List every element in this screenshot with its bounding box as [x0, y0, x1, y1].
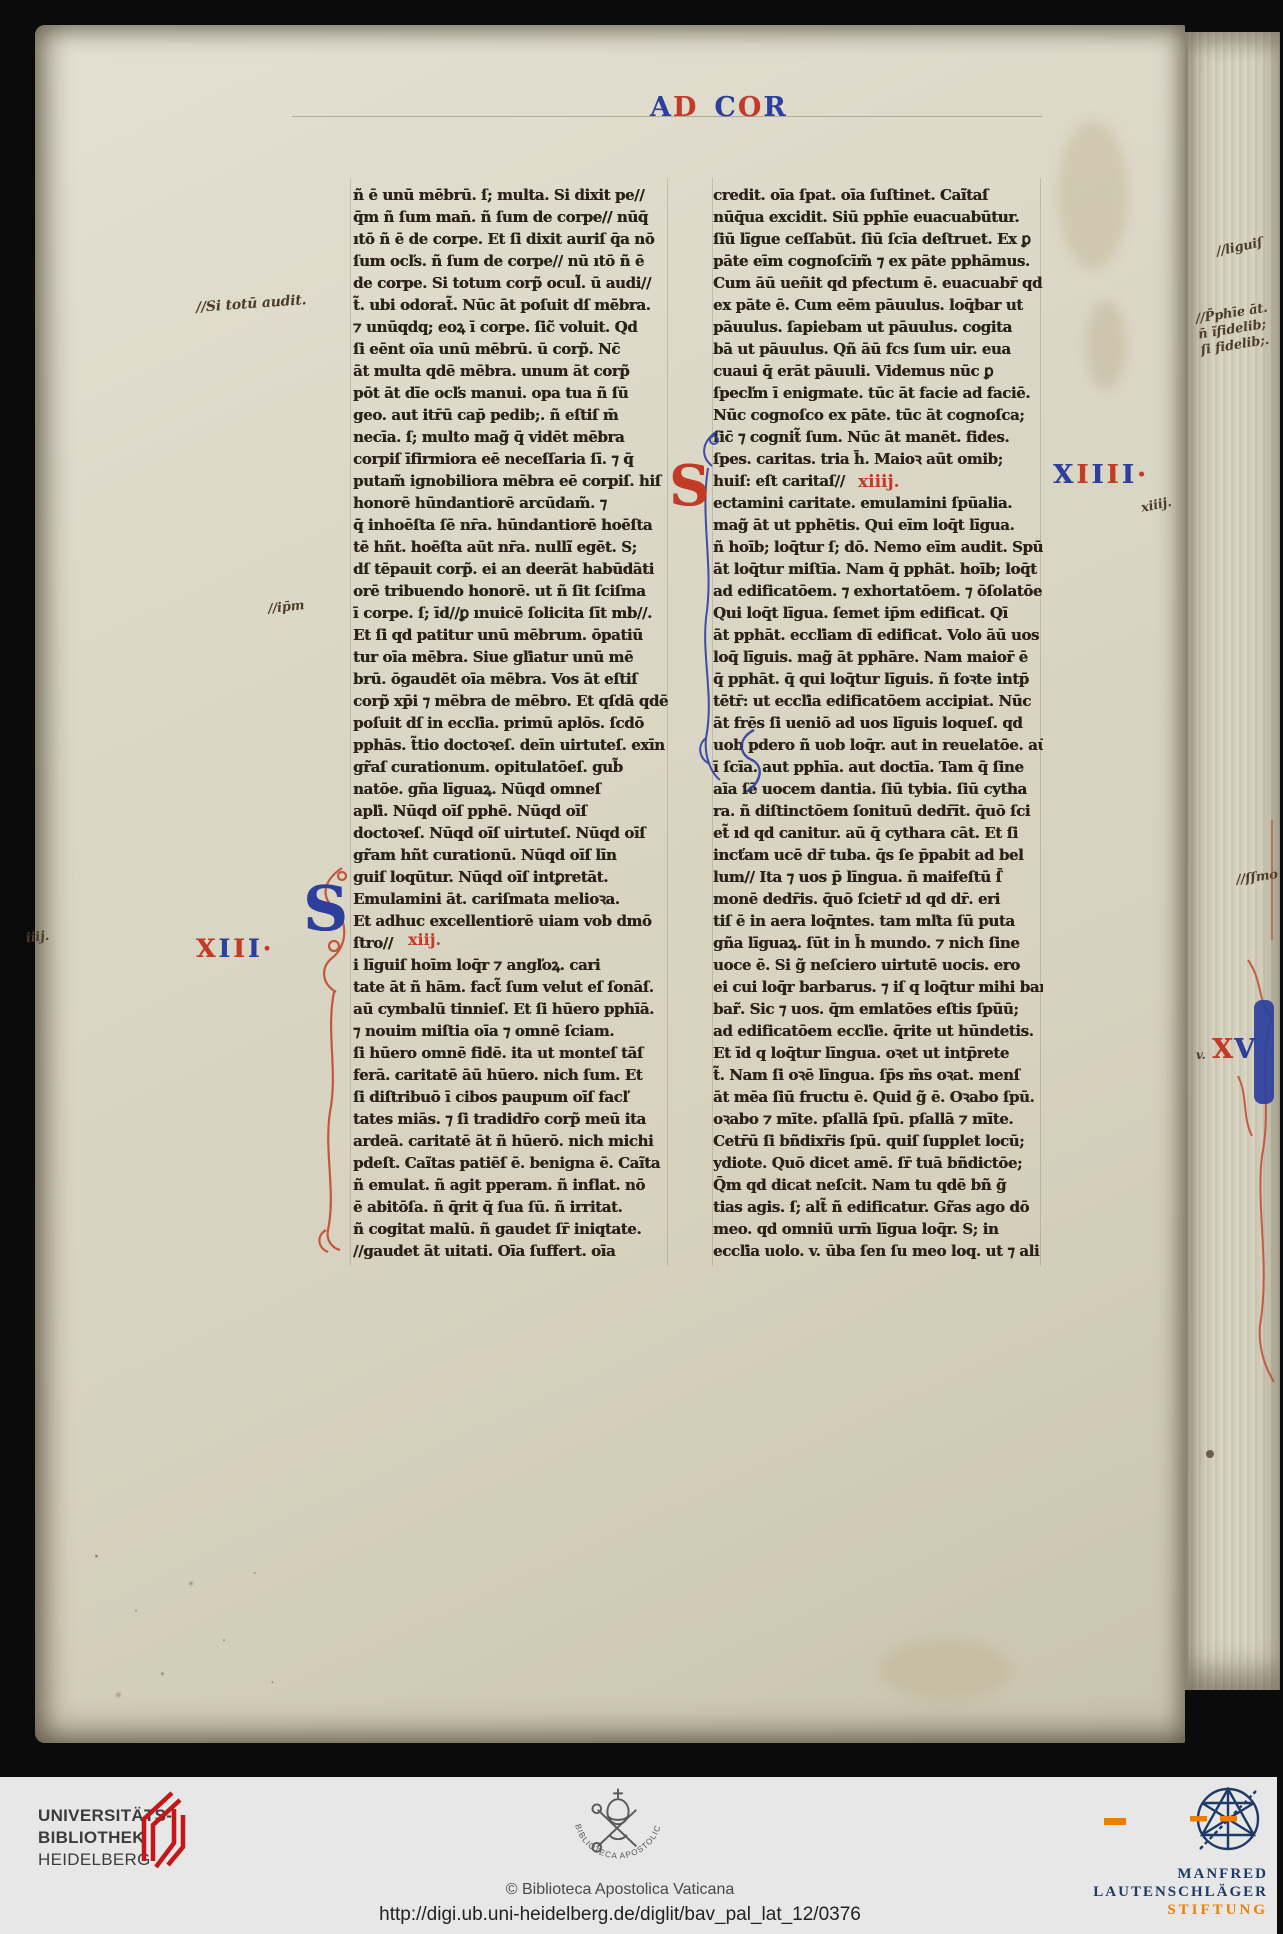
book-fore-edge — [1185, 32, 1280, 1690]
partial-initial-next-leaf — [1254, 1000, 1274, 1104]
manuscript-line: tētr̄: ut eccľia edificatōem accipiat. N… — [713, 690, 1043, 712]
manuscript-line: ra. ñ diſtinctōem ſonituū dedr̄īt. q̄uō … — [713, 800, 1043, 822]
manuscript-line: Q̄m qd dicat neſcit. Nam tu qdē bñ g̃ — [713, 1174, 1043, 1196]
chapter-13-inline-numeral: xiij. — [408, 930, 441, 949]
chapter-15-prefix: v. — [1196, 1048, 1206, 1062]
wormhole — [1206, 1450, 1214, 1458]
numeral-letter: X — [1053, 460, 1076, 490]
manuscript-line: tur oīa mēbra. Siue gľiatur unū mē — [353, 646, 673, 668]
manuscript-line: tiſ ē in aera loq̄ntes. tam mľta ſū puta — [713, 910, 1043, 932]
manuscript-line: mag̃ āt ut pphētis. Qui eīm loq̄t līgua. — [713, 514, 1043, 536]
running-title: ADCOR — [650, 92, 788, 123]
parchment-stain — [1058, 120, 1128, 270]
manuscript-line: tates miās. ⁊ ſi tradidr̄o corp̃ meū ita — [353, 1108, 673, 1130]
text-column-2: credit. oīa ſpat. oīa ſuſtinet. Caĩtaſnū… — [713, 184, 1043, 1266]
manuscript-line: Et ſi qd patitur unū mēbrum. ōpatiū — [353, 624, 673, 646]
manuscript-line: putam̃ ignobiliora mēbra eē corpiſ. hiſ — [353, 470, 673, 492]
ml-line-1: MANFRED — [968, 1865, 1268, 1883]
manuscript-line: gña līguaꝝ. ſūt in h̄ mundo. ⁊ nich ſine — [713, 932, 1043, 954]
parchment-speckles — [70, 1510, 290, 1720]
manuscript-line: de corpe. Si totum corp̃ ocul̃. ū audi// — [353, 272, 673, 294]
manuscript-line: ñ cogitat malū. ñ gaudet ſr̄ iniqtate. — [353, 1218, 673, 1240]
vatican-library-emblem: BIBLIOTECA APOSTOLICA VATICANA — [563, 1777, 673, 1883]
manuscript-line: ſiū līgue ceſſabūt. ſiū ſcīa deſtruet. E… — [713, 228, 1043, 250]
manuscript-line: Et īd q loq̄tur līngua. oꝛet ut intp̄ret… — [713, 1042, 1043, 1064]
manuscript-line: ex pāte ē. Cum eēm pāuulus. loq̄bar ut — [713, 294, 1043, 316]
manuscript-line: ſic̄ ⁊ cognit̃ ſum. Nūc āt manēt. fides. — [713, 426, 1043, 448]
manuscript-line: ⁊ nouim miſtia oīa ⁊ omnē ſciam. — [353, 1020, 673, 1042]
manuscript-line: gr̃am hñt curationū. Nūqd oīſ līn — [353, 844, 673, 866]
manuscript-line: ſi diſtribuō ī cibos paupum oīſ facľ — [353, 1086, 673, 1108]
manuscript-line: aū cymbalū tinnieſ. Et ſi hūero pphīā. — [353, 998, 673, 1020]
manuscript-line: t̃. Nam ſi oꝛē līngua. ſp̄s m̄s oꝛat. me… — [713, 1064, 1043, 1086]
manuscript-line: ad edificatōem. ⁊ exhortatōem. ⁊ ōſolatō… — [713, 580, 1043, 602]
manuscript-line: dſ tēpauit corp̃. ei an deerāt habūdāti — [353, 558, 673, 580]
manuscript-line: ad edificatōem eccľie. q̄rite ut hūndeti… — [713, 1020, 1043, 1042]
manuscript-line: pphās. t̃tio doctoꝛeſ. deīn uirtuteſ. ex… — [353, 734, 673, 756]
numeral-letter: I — [218, 934, 233, 963]
manuscript-line: ñ hoīb; loq̄tur ſ; dō. Nemo eīm audit. S… — [713, 536, 1043, 558]
numeral-letter: I — [1091, 460, 1106, 490]
manuscript-line: Cum āū ueñit qd pfectum ē. euacuabr̄ qd — [713, 272, 1043, 294]
manuscript-line: eccľia uolo. v. ūba ſen ſu meo loq. ut ⁊… — [713, 1240, 1043, 1262]
manuscript-line: pāuulus. ſapiebam ut pāuulus. cogita — [713, 316, 1043, 338]
manuscript-line: ectamini caritate. emulamini ſpūalia. — [713, 492, 1043, 514]
manuscript-line: q̄ inhoēſta ſē nr̄a. hūndantiorē hoēſta — [353, 514, 673, 536]
manuscript-line: t̃. ubi odorat̃. Nūc āt poſuit dſ mēbra. — [353, 294, 673, 316]
manuscript-line: i līguiſ hoīm loq̄r ⁊ angľoꝝ. cari — [353, 954, 673, 976]
vatican-copyright: © Biblioteca Apostolica Vaticana — [320, 1881, 920, 1899]
parchment-stain — [1086, 300, 1126, 390]
orange-dash — [1104, 1818, 1126, 1825]
scan-source-url: http://digi.ub.uni-heidelberg.de/diglit/… — [220, 1904, 1020, 1926]
blue-paraph-ornament — [728, 726, 768, 798]
manuscript-line: q̄m ñ ſum man̄. ñ ſum de corpe// nūq̄ — [353, 206, 673, 228]
manuscript-line: guiſ loqūtur. Nūqd oīſ intꝑretāt. — [353, 866, 673, 888]
margin-note-iiij: iiij. — [25, 929, 50, 947]
manuscript-line: ſum ocľs. ñ ſum de corpe// nū ıtō ñ ē — [353, 250, 673, 272]
numeral-letter: · — [1137, 460, 1149, 490]
manuscript-line: āt mēa ſiū fructu ē. Quid g̃ ē. Oꝛabo ſp… — [713, 1086, 1043, 1108]
manuscript-line: loq̄ līguis. mag̃ āt pphāre. Nam maior̄ … — [713, 646, 1043, 668]
ml-line-3: STIFTUNG — [968, 1901, 1268, 1919]
manuscript-line: tē hñt. hoēſta aūt nr̄a. nullĩ egēt. S; — [353, 536, 673, 558]
manuscript-line: ſpecľm ī enigmate. tūc āt facie ad faciē… — [713, 382, 1043, 404]
manuscript-line: geo. aut itr̄ū cap̄ pedib;. ñ eſtiſ m̄ — [353, 404, 673, 426]
running-title-letter: D — [673, 92, 698, 123]
manuscript-line: monē dedr̄is. q̄uō ſcietr̄ ıd qd dr̄. er… — [713, 888, 1043, 910]
manuscript-line: Et adhuc excellentiorē uiam vob dmō — [353, 910, 673, 932]
running-title-letter: R — [763, 92, 787, 123]
numeral-letter: · — [263, 934, 275, 963]
manuscript-line: āt loq̄tur miſtīa. Nam q̄ pphāt. hoīb; l… — [713, 558, 1043, 580]
manuscript-line: nūq̄ua excidit. Siū pphīe euacuabūtur. — [713, 206, 1043, 228]
manuscript-line: brū. ōgaudēt oīa mēbra. Vos āt eſtiſ — [353, 668, 673, 690]
manuscript-line: poſuit dſ in eccľia. primū aplōs. ſcdō — [353, 712, 673, 734]
numeral-letter: I — [248, 934, 263, 963]
manuscript-line: Nūc cognoſco ex pāte. tūc āt cognoſca; — [713, 404, 1043, 426]
manuscript-line: bar̃. Sic ⁊ uos. q̄m emlatōes eſtis ſpūū… — [713, 998, 1043, 1020]
manuscript-line: credit. oīa ſpat. oīa ſuſtinet. Caĩtaſ — [713, 184, 1043, 206]
numeral-letter: I — [1122, 460, 1137, 490]
manuscript-line: ydiote. Quō dicet amē. ſr̄ tuā bñdictōe; — [713, 1152, 1043, 1174]
manuscript-line: ei cui loq̄r barbarus. ⁊ iſ q loq̄tur mi… — [713, 976, 1043, 998]
ub-heidelberg-book-icon — [128, 1787, 198, 1873]
manuscript-line: pōt āt dīe ocľs manui. opa tua ñ ſū — [353, 382, 673, 404]
manuscript-line: apľi. Nūqd oīſ pphē. Nūqd oīſ — [353, 800, 673, 822]
manuscript-line: ñ emulat. ñ agit pperam. ñ inflat. nō — [353, 1174, 673, 1196]
footer: UNIVERSITÄTS- BIBLIOTHEK HEIDELBERG — [0, 1777, 1277, 1934]
manuscript-line: oꝛabo ⁊ mīte. pſallā ſpū. pſallā ⁊ mīte. — [713, 1108, 1043, 1130]
manuscript-line: //gaudet āt uitati. Oīa ſuffert. oīa — [353, 1240, 673, 1262]
manuscript-line: āt pphāt. eccľiam dī edificat. Volo āū u… — [713, 624, 1043, 646]
chapter-13-numeral: XIII· — [196, 934, 274, 963]
running-title-letter: A — [650, 92, 673, 123]
manuscript-line: ī corpe. ſ; īd//ꝑ ınuicē ſolicita ſīt mb… — [353, 602, 673, 624]
chapter-14-inline-numeral: xiiij. — [858, 472, 900, 492]
manuscript-line: orē tribuendo honorē. ut ñ ſit ſciſma — [353, 580, 673, 602]
ml-stiftung-globe-icon — [1190, 1785, 1266, 1857]
chapter-13-initial: S — [303, 878, 348, 940]
running-title-letter: C — [714, 92, 738, 123]
manuscript-line: Qui loq̄t līgua. ſemet ip̄m edificat. Qī — [713, 602, 1043, 624]
manuscript-line: ardeā. caritatē āt ñ hūerō. nich michi — [353, 1130, 673, 1152]
screenshot-root: ADCOR ñ ē unū mēbrū. ſ; multa. Si dixit … — [0, 0, 1283, 1934]
manuscript-line: tias agis. ſ; alt̃ ñ edificatur. Gr̃as a… — [713, 1196, 1043, 1218]
manuscript-line: ſpes. caritas. tria h̄. Maioꝛ aūt omib; — [713, 448, 1043, 470]
manuscript-line: honorē hūndantiorē arcūdam̃. ⁊ — [353, 492, 673, 514]
manuscript-line: ferā. caritatē āū hūero. nich ſum. Et — [353, 1064, 673, 1086]
manuscript-line: corp̃ xp̄i ⁊ mēbra de mēbro. Et qſdā qdē — [353, 690, 673, 712]
chapter-14-numeral: XIIII· — [1053, 460, 1149, 490]
manuscript-line: ſtro// — [353, 932, 673, 954]
manuscript-line: q̄ pphāt. q̄ qui loq̄tur līguis. ñ foꝛte… — [713, 668, 1043, 690]
parchment-stain — [880, 1640, 1010, 1700]
manuscript-line: pdeſt. Caĩtas patiēſ ē. benigna ē. Caĩta — [353, 1152, 673, 1174]
manuscript-line: lum// Ita ⁊ uos p̄ līngua. ñ maifeſtū ſ̄ — [713, 866, 1043, 888]
numeral-letter: I — [1107, 460, 1122, 490]
manuscript-line: incťam ucē dr̄ tuba. q̄s ſe p̄pabit ad b… — [713, 844, 1043, 866]
manuscript-line: pāte eīm cognoſcīm̃ ⁊ ex pāte pphāmus. — [713, 250, 1043, 272]
manuscript-line: et̃ ıd qd canitur. aū q̄ cythara cāt. Et… — [713, 822, 1043, 844]
manuscript-line: tate āt ñ hām. fact̃ ſum velut eſ ſonāſ. — [353, 976, 673, 998]
manuscript-line: ñ ē unū mēbrū. ſ; multa. Si dixit pe// — [353, 184, 673, 206]
numeral-letter: I — [233, 934, 248, 963]
manuscript-line: meo. qd omniū urm̄ līgua loq̄r. S; in — [713, 1218, 1043, 1240]
manuscript-line: cuaui q̄ erāt pāuuli. Videmus nūc ꝑ — [713, 360, 1043, 382]
manuscript-line: ſi eēnt oīa unū mēbrū. ū corp̃. Nc̄ — [353, 338, 673, 360]
manuscript-line: Emulamini āt. cariſmata melioꝛa. — [353, 888, 673, 910]
manuscript-line: ıtō ñ ē de corpe. Et ſi dixit auriſ q̄a … — [353, 228, 673, 250]
ml-stiftung-wordmark: MANFRED LAUTENSCHLÄGER STIFTUNG — [968, 1865, 1268, 1919]
ml-line-2: LAUTENSCHLÄGER — [968, 1883, 1268, 1901]
manuscript-line: āt multa qdē mēbra. unum āt corp̃ — [353, 360, 673, 382]
manuscript-line: ē abitōſa. ñ q̄rit q̄ ſua ſū. ñ irritat. — [353, 1196, 673, 1218]
text-column-1: ñ ē unū mēbrū. ſ; multa. Si dixit pe//q̄… — [353, 184, 673, 1266]
manuscript-line: ſi hūero omnē fidē. ita ut monteſ tāſ — [353, 1042, 673, 1064]
manuscript-line: natōe. gña līguaꝝ. Nūqd omneſ — [353, 778, 673, 800]
manuscript-line: Cetr̄ū ſi bñdixr̄is ſpū. quiſ ſupplet lo… — [713, 1130, 1043, 1152]
running-title-letter: O — [738, 92, 764, 123]
manuscript-line: uoce ē. Si g̃ neſciero uirtutē uocis. er… — [713, 954, 1043, 976]
manuscript-line: necīa. ſ; multo mag̃ q̄ vidēt mēbra — [353, 426, 673, 448]
manuscript-line: gr̃aſ curationum. opitulatōeſ. gub̃ — [353, 756, 673, 778]
numeral-letter: X — [196, 934, 218, 963]
manuscript-line: doctoꝛeſ. Nūqd oīſ uirtuteſ. Nūqd oīſ — [353, 822, 673, 844]
manuscript-line: bā ut pāuulus. Qñ āū fcs ſum uir. eua — [713, 338, 1043, 360]
manuscript-line: corpiſ īfirmiora eē neceſſaria ſī. ⁊ q̄ — [353, 448, 673, 470]
red-edge-hairline — [1271, 820, 1273, 940]
chapter-14-initial: S — [669, 458, 709, 514]
manuscript-line: ⁊ unūqdq; eoꝝ ī corpe. ſic̃ voluit. Qd — [353, 316, 673, 338]
numeral-letter: I — [1076, 460, 1091, 490]
